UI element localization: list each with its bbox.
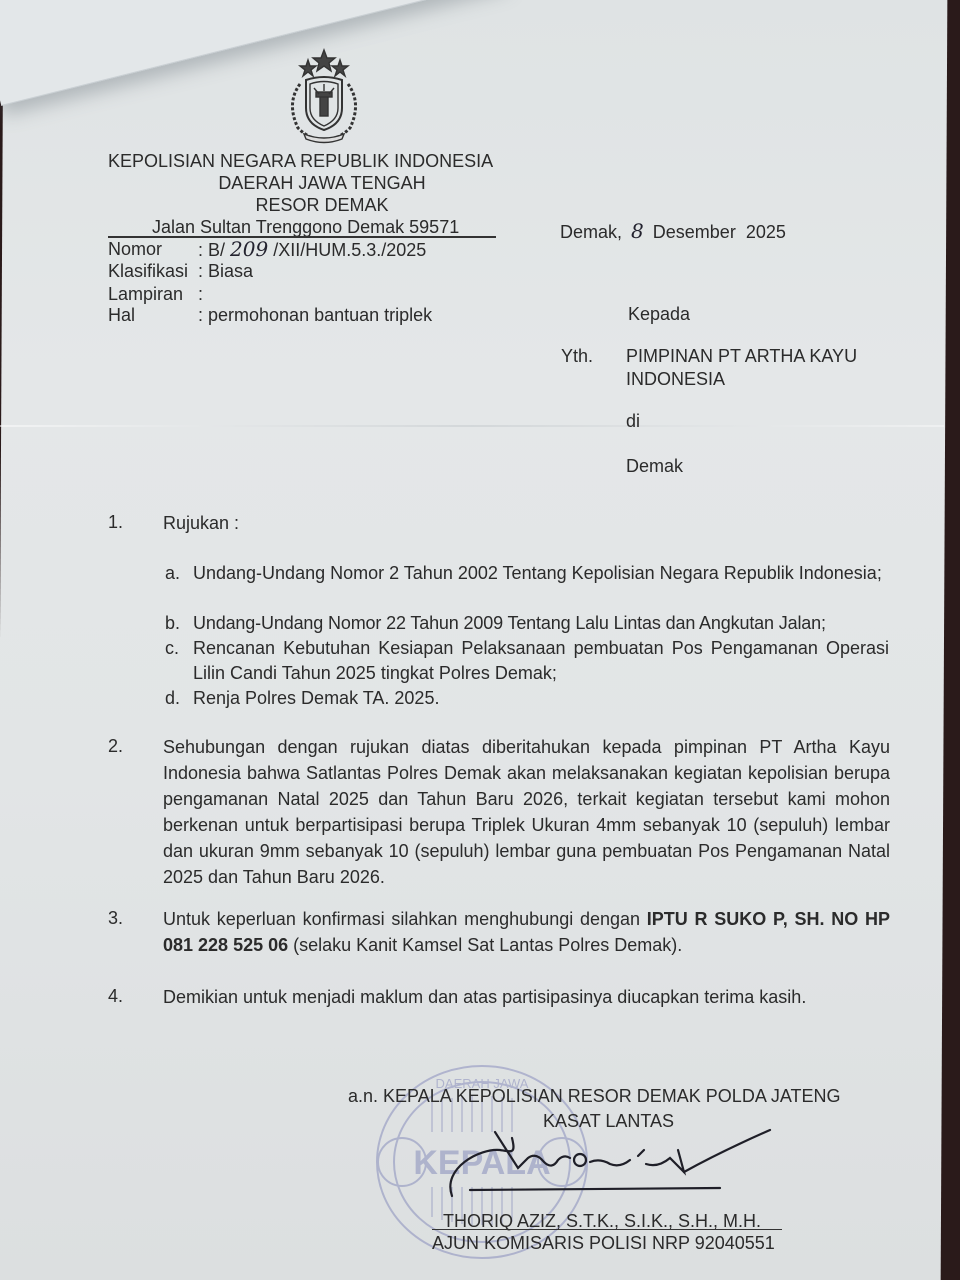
reference-b-label: b.	[165, 612, 180, 634]
lampiran-label: Lampiran	[108, 283, 183, 305]
paragraph-1-title: Rujukan :	[163, 512, 239, 534]
paragraph-3-number: 3.	[108, 908, 123, 929]
signatory-rank-nrp: AJUN KOMISARIS POLISI NRP 92040551	[432, 1232, 775, 1254]
handwritten-signature	[440, 1128, 780, 1208]
recipient-kepada: Kepada	[628, 303, 690, 325]
recipient-yth: Yth.	[561, 345, 593, 367]
reference-d-label: d.	[165, 687, 180, 709]
reference-b-text: Undang-Undang Nomor 22 Tahun 2009 Tentan…	[193, 611, 889, 636]
letter-date: Demak, 8 Desember 2025	[560, 220, 786, 243]
letterhead-resort: RESOR DEMAK	[108, 194, 536, 216]
letterhead-institution: KEPOLISIAN NEGARA REPUBLIK INDONESIA	[108, 150, 493, 172]
paragraph-2-number: 2.	[108, 736, 123, 757]
lampiran-value: :	[198, 283, 203, 305]
nomor-label: Nomor	[108, 238, 162, 260]
nomor-handwritten: 209	[230, 237, 268, 261]
date-day-handwritten: 8	[631, 219, 644, 243]
paragraph-3-text: Untuk keperluan konfirmasi silahkan meng…	[163, 906, 890, 958]
paper-fold-crease	[0, 425, 944, 427]
signatory-name-underline	[432, 1229, 782, 1230]
klasifikasi-value: : Biasa	[198, 260, 253, 282]
paragraph-4-number: 4.	[108, 986, 123, 1007]
date-place: Demak,	[560, 222, 622, 242]
reference-d-text: Renja Polres Demak TA. 2025.	[193, 686, 889, 711]
nomor-value: : B/ 209 /XII/HUM.5.3./2025	[198, 238, 426, 261]
recipient-di: di	[626, 410, 640, 432]
recipient-name-line2: INDONESIA	[626, 368, 725, 390]
paragraph-2-text: Sehubungan dengan rujukan diatas diberit…	[163, 734, 890, 890]
recipient-city: Demak	[626, 455, 683, 477]
signature-on-behalf: a.n. KEPALA KEPOLISIAN RESOR DEMAK POLDA…	[348, 1085, 841, 1107]
reference-c-label: c.	[165, 637, 179, 659]
recipient-name-line1: PIMPINAN PT ARTHA KAYU	[626, 345, 857, 367]
hal-value: : permohonan bantuan triplek	[198, 304, 432, 326]
klasifikasi-label: Klasifikasi	[108, 260, 188, 282]
letterhead-address: Jalan Sultan Trenggono Demak 59571	[152, 216, 459, 238]
paragraph-1-number: 1.	[108, 512, 123, 533]
police-emblem-icon	[264, 48, 384, 148]
paragraph-3-intro: Untuk keperluan konfirmasi silahkan meng…	[163, 909, 647, 929]
letterhead-region: DAERAH JAWA TENGAH	[108, 172, 536, 194]
reference-a-text: Undang-Undang Nomor 2 Tahun 2002 Tentang…	[193, 561, 889, 586]
nomor-prefix: : B/	[198, 240, 225, 260]
paragraph-3-outro: (selaku Kanit Kamsel Sat Lantas Polres D…	[288, 935, 682, 955]
reference-c-text: Rencanan Kebutuhan Kesiapan Pelaksanaan …	[193, 636, 889, 686]
paragraph-4-text: Demikian untuk menjadi maklum dan atas p…	[163, 986, 806, 1008]
date-month-year: Desember 2025	[653, 222, 786, 242]
hal-label: Hal	[108, 304, 135, 326]
reference-a-label: a.	[165, 562, 180, 584]
nomor-suffix: /XII/HUM.5.3./2025	[273, 240, 426, 260]
